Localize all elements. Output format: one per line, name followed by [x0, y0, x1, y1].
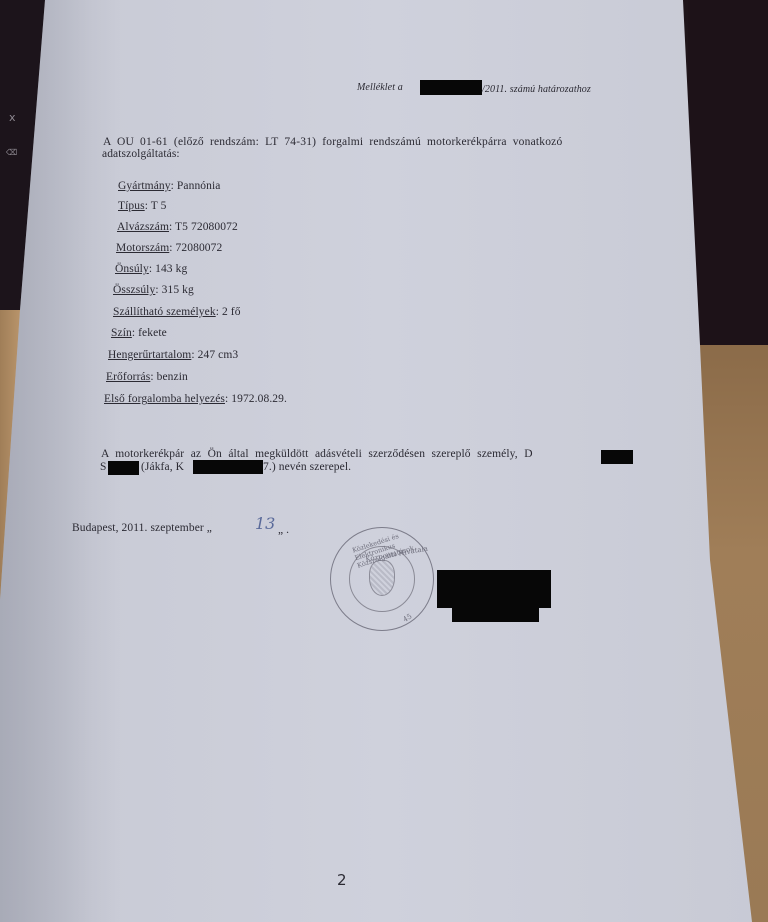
statement-line-2-end: 7.) nevén szerepel. — [263, 461, 351, 473]
date-suffix: „ . — [278, 524, 289, 536]
field-row: Szállítható személyek: 2 fő — [113, 306, 241, 318]
redaction-box — [108, 461, 139, 475]
keyboard-right — [688, 0, 768, 345]
field-value: : T5 72080072 — [169, 221, 238, 233]
field-label: Típus — [118, 200, 145, 212]
field-label: Önsúly — [115, 263, 149, 275]
field-label: Szállítható személyek — [113, 306, 216, 318]
field-value: : 72080072 — [169, 242, 222, 254]
field-label: Szín — [111, 327, 132, 339]
header-suffix: /2011. számú határozathoz — [482, 84, 591, 95]
field-value: : 1972.08.29. — [225, 393, 287, 405]
handwritten-day: 13 — [255, 514, 275, 533]
header-prefix: Melléklet a — [357, 82, 403, 93]
field-value: : Pannónia — [171, 180, 221, 192]
field-label: Gyártmány — [118, 180, 171, 192]
keyboard-key-mark: ⌫ — [6, 148, 17, 157]
page-number: 2 — [337, 871, 347, 889]
field-label: Összsúly — [113, 284, 155, 296]
official-stamp: Közlekedési és Elektronikus Közszolgálta… — [330, 527, 434, 631]
signature-redaction — [437, 570, 551, 608]
field-label: Erőforrás — [106, 371, 150, 383]
field-value: : 2 fő — [216, 306, 241, 318]
field-value: : 247 cm3 — [191, 349, 238, 361]
field-value: : benzin — [150, 371, 188, 383]
field-label: Alvázszám — [117, 221, 169, 233]
date-line: Budapest, 2011. szeptember „ — [72, 522, 212, 534]
statement-line-2-start: S — [100, 461, 107, 473]
keyboard-key-mark: x — [9, 111, 16, 124]
field-row: Gyártmány: Pannónia — [118, 180, 221, 192]
field-value: : T 5 — [145, 200, 167, 212]
field-row: Erőforrás: benzin — [106, 371, 188, 383]
field-label: Első forgalomba helyezés — [104, 393, 225, 405]
field-label: Hengerűrtartalom — [108, 349, 191, 361]
field-row: Összsúly: 315 kg — [113, 284, 194, 296]
field-row: Motorszám: 72080072 — [116, 242, 222, 254]
field-row: Szín: fekete — [111, 327, 167, 339]
intro-line-1: A OU 01-61 (előző rendszám: LT 74-31) fo… — [103, 136, 562, 148]
field-row: Típus: T 5 — [118, 200, 167, 212]
redaction-box — [193, 460, 263, 474]
coat-of-arms-icon — [369, 560, 395, 596]
redaction-box — [601, 450, 633, 464]
intro-line-2: adatszolgáltatás: — [102, 148, 180, 160]
statement-line-1: A motorkerékpár az Ön által megküldött a… — [101, 448, 533, 460]
statement-line-2-address: (Jákfa, K — [141, 461, 184, 473]
field-value: : 315 kg — [155, 284, 194, 296]
field-row: Első forgalomba helyezés: 1972.08.29. — [104, 393, 287, 405]
field-value: : fekete — [132, 327, 167, 339]
redaction-box — [420, 80, 482, 95]
field-row: Alvázszám: T5 72080072 — [117, 221, 238, 233]
field-row: Hengerűrtartalom: 247 cm3 — [108, 349, 238, 361]
field-row: Önsúly: 143 kg — [115, 263, 187, 275]
field-label: Motorszám — [116, 242, 169, 254]
field-value: : 143 kg — [149, 263, 188, 275]
signature-redaction — [452, 606, 539, 622]
